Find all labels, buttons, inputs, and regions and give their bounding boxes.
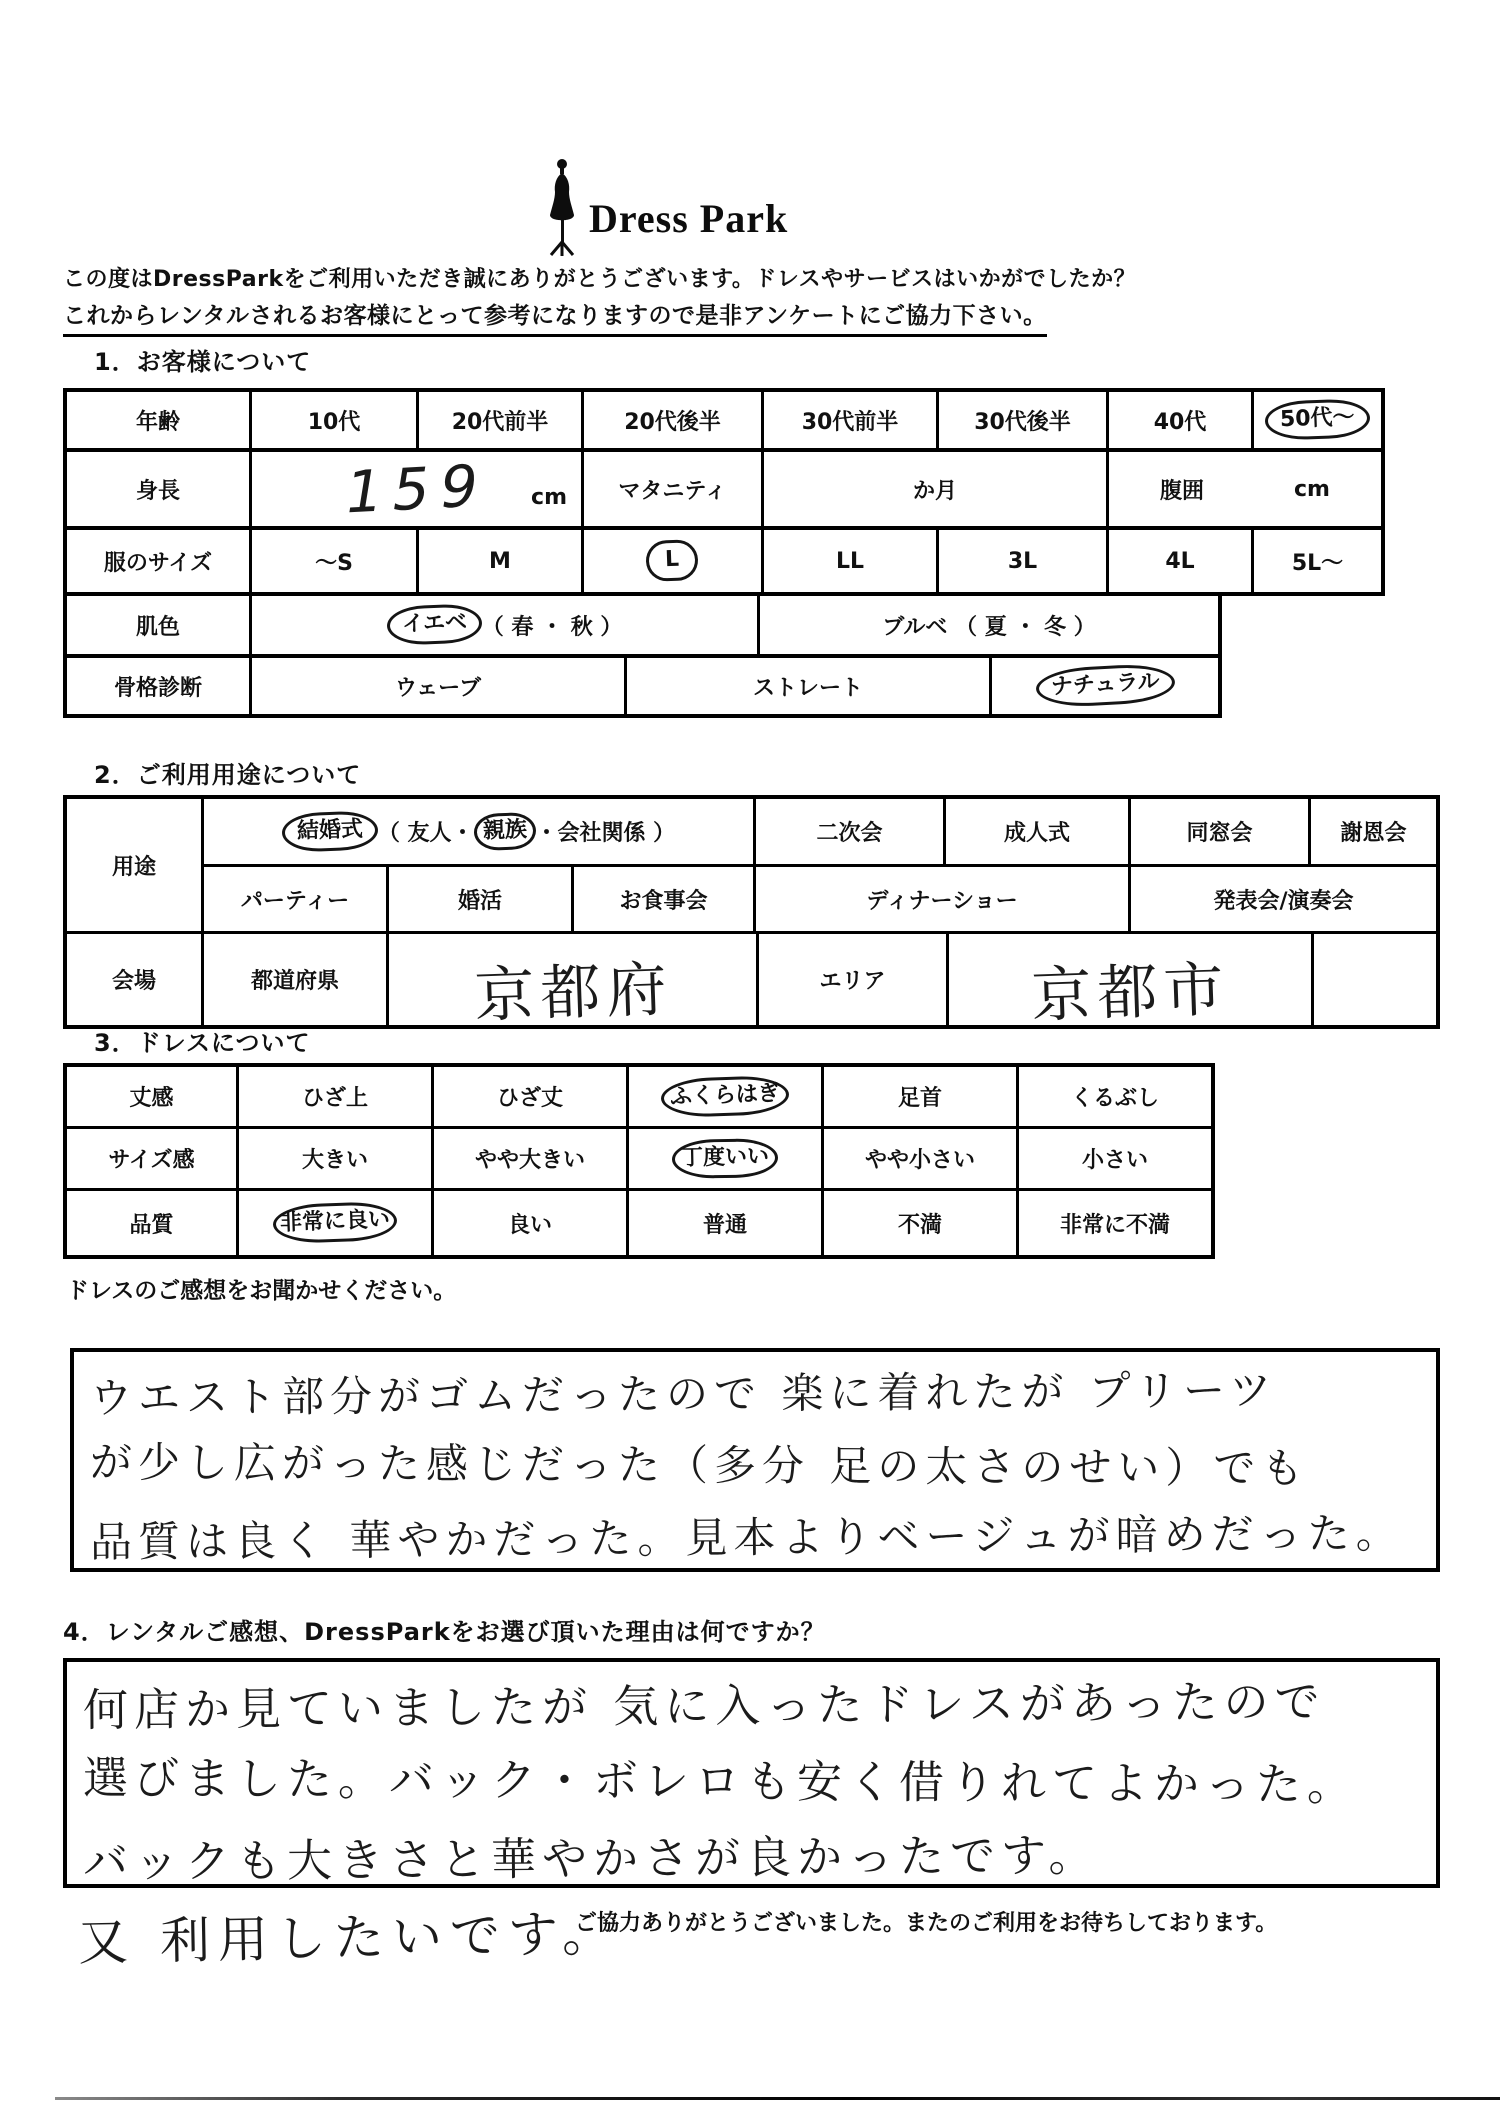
option-cell: ディナーショー (756, 867, 1131, 931)
wedding-cell: 結婚式（ 友人・親族・会社関係 ） (204, 799, 756, 864)
option-cell: 5L～ (1254, 530, 1381, 592)
circled-answer-skin: イエベ (386, 604, 482, 647)
skin-label-cell: 肌色 (67, 596, 252, 654)
intro-line-1: この度はDressParkをご利用いただき誠にありがとうございます。ドレスやサー… (63, 262, 1136, 293)
circled-answer-frame: ナチュラル (1035, 663, 1176, 710)
length-row: 丈感 ひざ上 ひざ丈 ふくらはぎ 足首 くるぶし (67, 1067, 1211, 1129)
clothing-size-row: 服のサイズ ～S M L LL 3L 4L 5L～ (63, 530, 1385, 596)
use-label-cell: 用途 (67, 799, 204, 931)
frame-label-cell: 骨格診断 (67, 658, 252, 714)
option-cell: ～S (252, 530, 419, 592)
prefecture-value-cell: 京都府 (389, 934, 759, 1025)
option-cell: ストレート (627, 658, 992, 714)
fit-label-cell: サイズ感 (67, 1129, 239, 1188)
intro-line-2: これからレンタルされるお客様にとって参考になりますので是非アンケートにご協力下さ… (63, 297, 1047, 337)
option-cell: 婚活 (389, 867, 574, 931)
circled-answer-length: ふくらはぎ (660, 1075, 789, 1119)
skin-tone-row: 肌色 イエベ （ 春 ・ 秋 ） ブルベ （ 夏 ・ 冬 ） (63, 596, 1222, 658)
skin-option-cell: イエベ （ 春 ・ 秋 ） (252, 596, 760, 654)
height-value-cell: 159 cm (252, 452, 584, 526)
option-cell: 不満 (824, 1191, 1019, 1255)
quality-label-cell: 品質 (67, 1191, 239, 1255)
usage-options: 結婚式（ 友人・親族・会社関係 ） 二次会 成人式 同窓会 謝恩会 パーティー … (204, 799, 1436, 931)
empty-cell (1314, 934, 1436, 1025)
height-label-cell: 身長 (67, 452, 252, 526)
length-label-cell: 丈感 (67, 1067, 239, 1126)
option-cell: お食事会 (574, 867, 756, 931)
circled-answer-age: 50代～ (1265, 399, 1371, 442)
handwritten-area: 京都市 (1030, 941, 1231, 1034)
area-label-cell: エリア (759, 934, 949, 1025)
waist-label: 腹囲 (1160, 474, 1204, 505)
height-row: 身長 159 cm マタニティ か月 腹囲 cm (63, 452, 1385, 530)
option-cell: 普通 (629, 1191, 824, 1255)
section2-title: 2．ご利用用途について (94, 755, 361, 790)
option-cell: ふくらはぎ (629, 1067, 824, 1126)
circled-answer-quality: 非常に良い (272, 1201, 397, 1245)
dress-table: 丈感 ひざ上 ひざ丈 ふくらはぎ 足首 くるぶし サイズ感 大きい やや大きい … (63, 1063, 1215, 1259)
frame-row: 骨格診断 ウェーブ ストレート ナチュラル (63, 658, 1222, 718)
height-unit: cm (531, 485, 567, 510)
option-cell: ひざ上 (239, 1067, 434, 1126)
waist-unit: cm (1294, 477, 1330, 502)
feedback-comment-box: ウエスト部分がゴムだったので 楽に着れたが プリーツ が少し広がった感じだった（… (70, 1348, 1440, 1572)
handwritten-reason-line: バックも大きさと華やかさが良かったです。 (83, 1815, 1420, 1900)
option-cell: 3L (939, 530, 1109, 592)
months-cell: か月 (764, 452, 1109, 526)
option-cell: 発表会/演奏会 (1131, 867, 1436, 931)
circled-answer-size: L (646, 539, 699, 582)
option-cell: 10代 (252, 392, 419, 448)
option-cell: 30代後半 (939, 392, 1109, 448)
maternity-label-cell: マタニティ (584, 452, 764, 526)
option-cell: 小さい (1019, 1129, 1211, 1188)
handwritten-feedback-line: ウエスト部分がゴムだったので 楽に着れたが プリーツ (90, 1353, 1420, 1434)
option-cell: 非常に良い (239, 1191, 434, 1255)
option-cell: ナチュラル (992, 658, 1218, 714)
option-cell: 二次会 (756, 799, 946, 864)
usage-table: 用途 結婚式（ 友人・親族・会社関係 ） 二次会 成人式 同窓会 謝恩会 パーテ… (63, 795, 1440, 1029)
brand-name: Dress Park (589, 195, 788, 258)
circled-answer-purpose: 結婚式 (281, 810, 378, 853)
handwritten-feedback-line: が少し広がった感じだった（多分 足の太さのせい）でも (90, 1427, 1420, 1506)
feedback-prompt: ドレスのご感想をお聞かせください。 (66, 1272, 456, 1305)
option-cell: 20代前半 (419, 392, 584, 448)
handwritten-reason-line: 選びました。バック・ボレロも安く借りれてよかった。 (83, 1741, 1420, 1824)
reason-comment-box: 何店か見ていましたが 気に入ったドレスがあったので 選びました。バック・ボレロも… (63, 1658, 1440, 1888)
option-cell: 40代 (1109, 392, 1254, 448)
option-cell: 足首 (824, 1067, 1019, 1126)
usage-top: 用途 結婚式（ 友人・親族・会社関係 ） 二次会 成人式 同窓会 謝恩会 パーテ… (67, 799, 1436, 931)
option-cell: LL (764, 530, 939, 592)
circled-answer-fit: 丁度いい (672, 1138, 779, 1179)
wedding-detail: （ 友人・ (378, 816, 474, 847)
option-cell: ウェーブ (252, 658, 627, 714)
option-cell: くるぶし (1019, 1067, 1211, 1126)
option-cell: 20代後半 (584, 392, 764, 448)
section3-title: 3．ドレスについて (94, 1023, 311, 1058)
scan-artifact-line (55, 2097, 1500, 2100)
handwritten-height: 159 (340, 451, 493, 526)
option-cell: 4L (1109, 530, 1254, 592)
area-value-cell: 京都市 (949, 934, 1314, 1025)
option-cell: ひざ丈 (434, 1067, 629, 1126)
usage-row-1: 結婚式（ 友人・親族・会社関係 ） 二次会 成人式 同窓会 謝恩会 (204, 799, 1436, 867)
option-cell: 大きい (239, 1129, 434, 1188)
option-cell: やや大きい (434, 1129, 629, 1188)
option-cell: 同窓会 (1131, 799, 1311, 864)
wedding-detail: ・会社関係 ） (536, 816, 676, 847)
brand-logo: Dress Park (545, 158, 788, 258)
prefecture-label-cell: 都道府県 (204, 934, 389, 1025)
option-cell: 良い (434, 1191, 629, 1255)
option-cell: 30代前半 (764, 392, 939, 448)
age-row: 年齢 10代 20代前半 20代後半 30代前半 30代後半 40代 50代～ (63, 388, 1385, 452)
quality-row: 品質 非常に良い 良い 普通 不満 非常に不満 (67, 1191, 1211, 1255)
handwritten-extra-line: 又 利用したいです。 (77, 1893, 620, 1974)
option-cell: パーティー (204, 867, 389, 931)
age-label-cell: 年齢 (67, 392, 252, 448)
option-cell: 非常に不満 (1019, 1191, 1211, 1255)
handwritten-reason-line: 何店か見ていましたが 気に入ったドレスがあったので (83, 1663, 1420, 1748)
handwritten-prefecture: 京都府 (472, 941, 673, 1034)
section1-title: 1．お客様について (94, 342, 311, 377)
section4-title: 4．レンタルご感想、DressParkをお選び頂いた理由は何ですか？ (63, 1612, 826, 1647)
option-cell: L (584, 530, 764, 592)
handwritten-feedback-line: 品質は良く 華やかだった。見本よりベージュが暗めだった。 (90, 1497, 1420, 1578)
option-cell: やや小さい (824, 1129, 1019, 1188)
dress-form-icon (545, 158, 579, 258)
customer-table: 年齢 10代 20代前半 20代後半 30代前半 30代後半 40代 50代～ … (63, 388, 1385, 718)
option-cell: 成人式 (946, 799, 1131, 864)
skin-option-cell: ブルベ （ 夏 ・ 冬 ） (760, 596, 1218, 654)
option-cell: 謝恩会 (1311, 799, 1436, 864)
venue-row: 会場 都道府県 京都府 エリア 京都市 (67, 931, 1436, 1025)
usage-row-2: パーティー 婚活 お食事会 ディナーショー 発表会/演奏会 (204, 867, 1436, 931)
footer-thanks: ご協力ありがとうございました。またのご利用をお待ちしております。 (575, 1906, 1277, 1937)
venue-label-cell: 会場 (67, 934, 204, 1025)
option-cell: 50代～ (1254, 392, 1381, 448)
size-label-cell: 服のサイズ (67, 530, 252, 592)
option-cell: 丁度いい (629, 1129, 824, 1188)
fit-row: サイズ感 大きい やや大きい 丁度いい やや小さい 小さい (67, 1129, 1211, 1191)
option-cell: M (419, 530, 584, 592)
skin-seasons: （ 春 ・ 秋 ） (482, 610, 623, 641)
circled-answer-relatives: 親族 (473, 812, 536, 851)
survey-form-page: Dress Park この度はDressParkをご利用いただき誠にありがとうご… (0, 0, 1500, 2127)
waist-cell: 腹囲 cm (1109, 452, 1381, 526)
